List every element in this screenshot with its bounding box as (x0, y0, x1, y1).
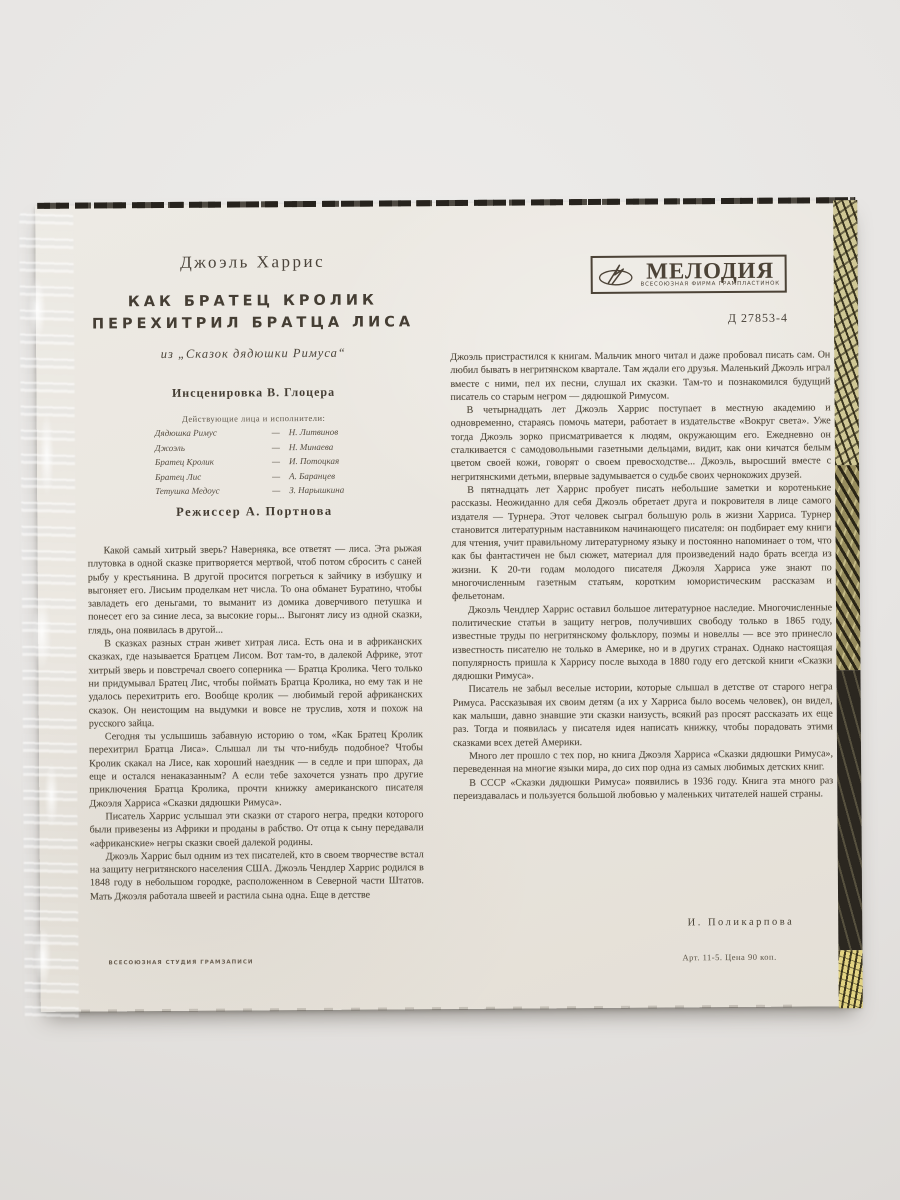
cast-row: Братец Лис — А. Баранцев (155, 470, 395, 486)
cast-dash: — (263, 471, 289, 481)
album-title: КАК БРАТЕЦ КРОЛИК ПЕРЕХИТРИЛ БРАТЦА ЛИСА (76, 289, 430, 335)
cast-role: Тетушка Медоус (155, 485, 263, 496)
photo-background: Джоэль Харрис КАК БРАТЕЦ КРОЛИК ПЕРЕХИТР… (0, 0, 900, 1200)
director-credit: Режиссер А. Портнова (87, 503, 421, 520)
liner-paragraph: Писатель не забыл веселые истории, котор… (453, 681, 833, 750)
sleeve-bottom-edge (81, 1005, 801, 1013)
adaptation-credit: Инсценировка В. Глоцера (86, 384, 420, 401)
pattern-strip-mixed (835, 465, 860, 670)
liner-paragraph: В сказках разных стран живет хитрая лиса… (88, 635, 423, 730)
album-subtitle: из „Сказок дядюшки Римуса“ (86, 345, 420, 362)
pattern-strip-yellow-corner (838, 950, 862, 1008)
liner-paragraph: Джоэль Харрис был одним из тех писателей… (90, 848, 424, 904)
liner-paragraph: Много лет прошло с тех пор, но книга Джо… (453, 747, 833, 776)
cast-name: З. Нарышкина (289, 484, 395, 495)
liner-paragraph: В пятнадцать лет Харрис пробует писать н… (451, 481, 832, 603)
cast-role: Дядюшка Римус (155, 427, 263, 438)
cast-name: А. Баранцев (289, 470, 395, 481)
pattern-strip-olive (833, 200, 859, 465)
cast-dash: — (263, 427, 289, 437)
melodiya-logo: МЕЛОДИЯ ВСЕСОЮЗНАЯ ФИРМА ГРАМПЛАСТИНОК (591, 255, 787, 294)
cast-role: Джоэль (155, 442, 263, 453)
plastic-wrap (19, 212, 79, 1022)
brand-name: МЕЛОДИЯ (639, 260, 782, 282)
cast-role: Братец Кролик (155, 456, 263, 467)
liner-paragraph: Сегодня ты услышишь забавную историю о т… (89, 728, 424, 810)
author-signature: И. Поликарпова (454, 917, 804, 930)
cast-list: Дядюшка Римус — Н. Литвинов Джоэль — Н. … (155, 426, 396, 500)
cast-heading: Действующие лица и исполнители: (87, 412, 421, 424)
melodiya-emblem-icon (593, 262, 639, 288)
price-footer: Арт. 11-5. Цена 90 коп. (682, 952, 776, 963)
artist-name: Джоэль Харрис (86, 251, 420, 273)
record-sleeve-back: Джоэль Харрис КАК БРАТЕЦ КРОЛИК ПЕРЕХИТР… (35, 200, 861, 1012)
cast-dash: — (263, 442, 289, 452)
cast-dash: — (263, 485, 289, 495)
cover-pattern-strip (833, 200, 863, 1008)
sleeve-top-edge (37, 197, 855, 209)
brand-block: МЕЛОДИЯ ВСЕСОЮЗНАЯ ФИРМА ГРАМПЛАСТИНОК (639, 260, 785, 289)
liner-paragraph: Писатель Харрис услышал эти сказки от ст… (89, 808, 423, 850)
liner-paragraph: Какой самый хитрый зверь? Наверняка, все… (88, 542, 423, 637)
liner-notes-right-column: Джоэль пристрастился к книгам. Мальчик м… (450, 348, 833, 803)
liner-paragraph: В СССР «Сказки дядюшки Римуса» появились… (453, 774, 833, 803)
pattern-strip-dark (836, 670, 862, 950)
liner-paragraph: Джоэль Чендлер Харрис оставил большое ли… (452, 601, 833, 683)
liner-notes-left-column: Какой самый хитрый зверь? Наверняка, все… (88, 542, 424, 903)
cast-dash: — (263, 456, 289, 466)
cast-row: Братец Кролик — И. Потоцкая (155, 455, 395, 471)
catalog-number: Д 27853-4 (728, 311, 788, 326)
studio-footer: ВСЕСОЮЗНАЯ СТУДИЯ ГРАМЗАПИСИ (108, 959, 253, 966)
brand-tagline: ВСЕСОЮЗНАЯ ФИРМА ГРАМПЛАСТИНОК (639, 282, 782, 288)
cast-role: Братец Лис (155, 471, 263, 482)
album-title-line2: ПЕРЕХИТРИЛ БРАТЦА ЛИСА (76, 311, 430, 335)
cast-name: И. Потоцкая (289, 455, 395, 466)
cast-name: Н. Литвинов (289, 426, 395, 437)
cast-row: Дядюшка Римус — Н. Литвинов (155, 426, 395, 442)
cast-row: Джоэль — Н. Минаева (155, 441, 395, 457)
liner-paragraph: Джоэль пристрастился к книгам. Мальчик м… (450, 348, 830, 404)
cast-name: Н. Минаева (289, 441, 395, 452)
liner-paragraph: В четырнадцать лет Джоэль Харрис поступа… (451, 402, 832, 484)
cast-row: Тетушка Медоус — З. Нарышкина (155, 484, 395, 500)
album-title-line1: КАК БРАТЕЦ КРОЛИК (76, 289, 430, 313)
